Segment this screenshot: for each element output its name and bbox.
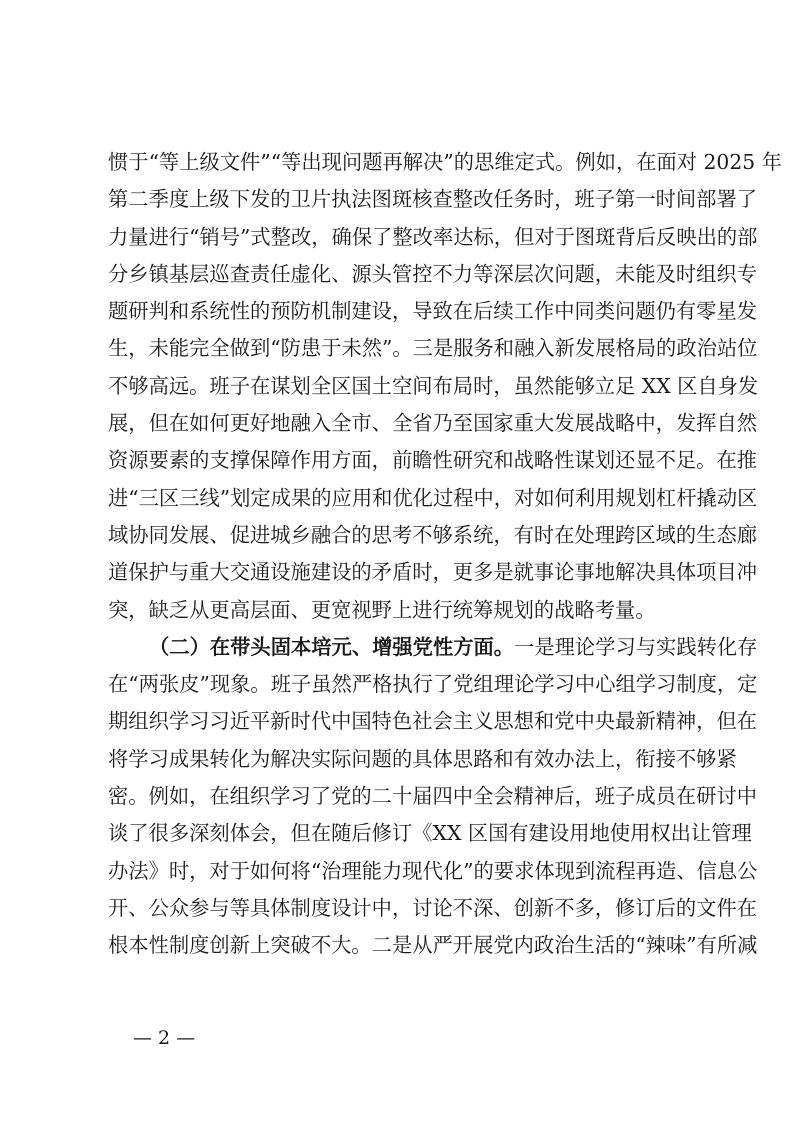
text-fragment: 一是理论学习与实践转化存 [514,635,757,659]
text-line: 进“三区三线”划定成果的应用和优化过程中，对如何利用规划杠杆撬动区 [108,480,691,517]
text-line: 根本性制度创新上突破不大。二是从严开展党内政治生活的“辣味”有所减 [108,927,691,964]
text-line: 在“两张皮”现象。班子虽然严格执行了党组理论学习中心组学习制度，定 [108,666,691,703]
text-line: 道保护与重大交通设施建设的矛盾时，更多是就事论事地解决具体项目冲 [108,554,691,591]
section-heading-line: （二）在带头固本培元、增强党性方面。一是理论学习与实践转化存 [108,629,691,666]
text-line: 资源要素的支撑保障作用方面，前瞻性研究和战略性谋划还显不足。在推 [108,442,691,479]
text-line: 密。例如，在组织学习了党的二十届四中全会精神后，班子成员在研讨中 [108,778,691,815]
text-line: 突，缺乏从更高层面、更宽视野上进行统筹规划的战略考量。 [108,592,691,629]
text-line: 期组织学习习近平新时代中国特色社会主义思想和党中央最新精神，但在 [108,703,691,740]
text-line: 开、公众参与等具体制度设计中，讨论不深、创新不多，修订后的文件在 [108,890,691,927]
text-line: 域协同发展、促进城乡融合的思考不够系统，有时在处理跨区域的生态廊 [108,517,691,554]
page-number: — 2 — [133,1027,195,1049]
text-line: 谈了很多深刻体会，但在随后修订《XX 区国有建设用地使用权出让管理 [108,815,691,852]
text-line: 将学习成果转化为解决实际问题的具体思路和有效办法上，衔接不够紧 [108,741,691,778]
text-line: 生，未能完全做到“防患于未然”。三是服务和融入新发展格局的政治站位 [108,330,691,367]
text-line: 展，但在如何更好地融入全市、全省乃至国家重大发展战略中，发挥自然 [108,405,691,442]
document-page: 惯于“等上级文件”“等出现问题再解决”的思维定式。例如，在面对 2025 年 第… [0,0,793,1122]
text-line: 惯于“等上级文件”“等出现问题再解决”的思维定式。例如，在面对 2025 年 [108,144,691,181]
text-line: 不够高远。班子在谋划全区国土空间布局时，虽然能够立足 XX 区自身发 [108,368,691,405]
body-text: 惯于“等上级文件”“等出现问题再解决”的思维定式。例如，在面对 2025 年 第… [108,144,691,965]
text-line: 办法》时，对于如何将“治理能力现代化”的要求体现到流程再造、信息公 [108,853,691,890]
text-line: 力量进行“销号”式整改，确保了整改率达标，但对于图斑背后反映出的部 [108,219,691,256]
text-line: 题研判和系统性的预防机制建设，导致在后续工作中同类问题仍有零星发 [108,293,691,330]
section-heading: （二）在带头固本培元、增强党性方面。 [149,635,514,659]
text-line: 分乡镇基层巡查责任虚化、源头管控不力等深层次问题，未能及时组织专 [108,256,691,293]
text-line: 第二季度上级下发的卫片执法图斑核查整改任务时，班子第一时间部署了 [108,181,691,218]
